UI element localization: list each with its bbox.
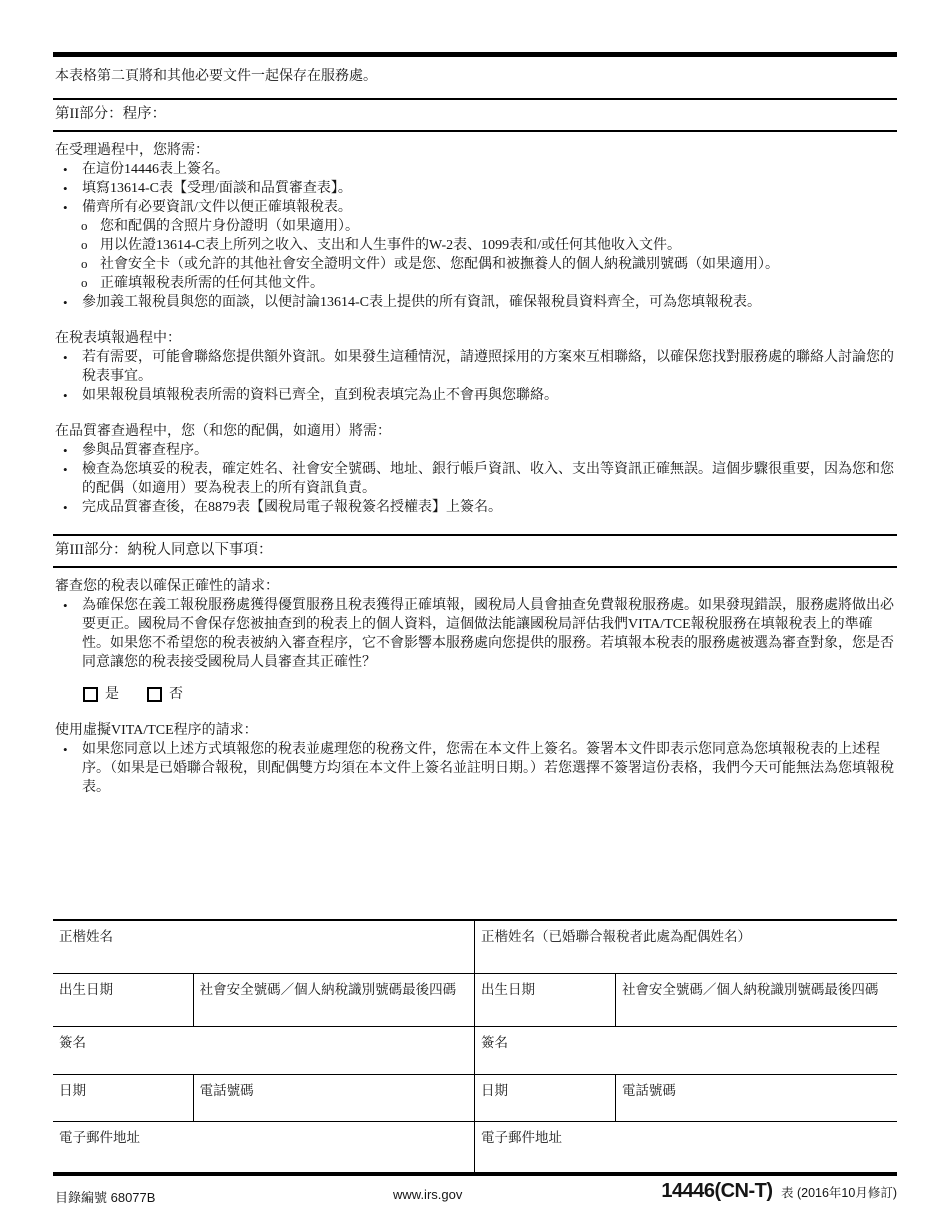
- signature-table: 正楷姓名 出生日期 社會安全號碼／個人納稅識別號碼最後四碼 簽名: [53, 919, 897, 1176]
- sub-bullet-item: 您和配偶的含照片身份證明（如果適用）。: [53, 217, 897, 236]
- spouse-dob-label: 出生日期: [481, 982, 535, 997]
- bullet-item: 參加義工報稅員與您的面談，以便討論13614-C表上提供的所有資訊，確保報稅員資…: [53, 293, 897, 312]
- taxpayer-name-label: 正楷姓名: [59, 929, 113, 944]
- form-revision: 表 (2016年10月修訂): [781, 1186, 897, 1200]
- page-footer: 目錄編號 68077B www.irs.gov 14446(CN-T) 表 (2…: [53, 1180, 897, 1210]
- bullet-item: 如果報稅員填報稅表所需的資料已齊全，直到稅表填完為止不會再與您聯絡。: [53, 386, 897, 405]
- bullet-item: 備齊所有必要資訊/文件以便正確填報稅表。: [53, 198, 897, 217]
- intake-process-block: 在受理過程中，您將需： 在這份14446表上簽名。 填寫13614-C表【受理/…: [53, 141, 897, 312]
- block-heading: 審查您的稅表以確保正確性的請求：: [53, 577, 897, 596]
- consent-checkbox-row: 是 否: [83, 685, 897, 704]
- block-heading: 使用虛擬VITA/TCE程序的請求：: [53, 721, 897, 740]
- spouse-date-label: 日期: [481, 1083, 508, 1098]
- taxpayer-dob-label: 出生日期: [59, 982, 113, 997]
- spouse-email-label: 電子郵件地址: [481, 1130, 562, 1145]
- spouse-phone-field[interactable]: 電話號碼: [616, 1075, 897, 1121]
- return-preparation-block: 在稅表填報過程中： 若有需要，可能會聯絡您提供額外資訊。如果發生這種情況，請遵照…: [53, 329, 897, 405]
- section-2-header: 第II部分：程序：: [53, 98, 897, 132]
- taxpayer-ssn-field[interactable]: 社會安全號碼／個人納稅識別號碼最後四碼: [194, 974, 474, 1026]
- spouse-date-field[interactable]: 日期: [475, 1075, 616, 1121]
- bullet-item: 為確保您在義工報稅服務處獲得優質服務且稅表獲得正確填報，國稅局人員會抽查免費報稅…: [53, 596, 897, 672]
- sub-bullet-item: 用以佐證13614-C表上所列之收入、支出和人生事件的W-2表、1099表和/或…: [53, 236, 897, 255]
- spouse-ssn-field[interactable]: 社會安全號碼／個人納稅識別號碼最後四碼: [616, 974, 897, 1026]
- bullet-item: 完成品質審查後，在8879表【國稅局電子報稅簽名授權表】上簽名。: [53, 498, 897, 517]
- review-yes-checkbox[interactable]: [83, 687, 98, 702]
- bullet-item: 若有需要，可能會聯絡您提供額外資訊。如果發生這種情況，請遵照採用的方案來互相聯絡…: [53, 348, 897, 386]
- block-heading: 在品質審查過程中，您（和您的配偶，如適用）將需：: [53, 422, 897, 441]
- bullet-item: 參與品質審查程序。: [53, 441, 897, 460]
- block-heading: 在稅表填報過程中：: [53, 329, 897, 348]
- bullet-item: 填寫13614-C表【受理/面談和品質審查表】。: [53, 179, 897, 198]
- virtual-process-block: 使用虛擬VITA/TCE程序的請求： 如果您同意以上述方式填報您的稅表並處理您的…: [53, 721, 897, 797]
- bullet-item: 在這份14446表上簽名。: [53, 160, 897, 179]
- bullet-item: 如果您同意以上述方式填報您的稅表並處理您的稅務文件，您需在本文件上簽名。簽署本文…: [53, 740, 897, 797]
- taxpayer-phone-label: 電話號碼: [200, 1083, 254, 1098]
- taxpayer-email-label: 電子郵件地址: [59, 1130, 140, 1145]
- taxpayer-signature-field[interactable]: 簽名: [53, 1027, 474, 1074]
- review-no-label: 否: [169, 685, 183, 704]
- section-3-header: 第III部分：納稅人同意以下事項：: [53, 534, 897, 568]
- intro-paragraph: 本表格第二頁將和其他必要文件一起保存在服務處。: [53, 57, 897, 98]
- spouse-signature-label: 簽名: [481, 1035, 508, 1050]
- taxpayer-phone-field[interactable]: 電話號碼: [194, 1075, 474, 1121]
- form-number: 14446(CN-T): [661, 1180, 772, 1202]
- taxpayer-dob-field[interactable]: 出生日期: [53, 974, 194, 1026]
- sub-bullet-item: 正確填報稅表所需的任何其他文件。: [53, 274, 897, 293]
- bullet-item: 檢查為您填妥的稅表，確定姓名、社會安全號碼、地址、銀行帳戶資訊、收入、支出等資訊…: [53, 460, 897, 498]
- review-yes-label: 是: [105, 685, 119, 704]
- spouse-dob-field[interactable]: 出生日期: [475, 974, 616, 1026]
- taxpayer-email-field[interactable]: 電子郵件地址: [53, 1122, 474, 1172]
- irs-website-link[interactable]: www.irs.gov: [393, 1187, 462, 1202]
- catalog-number: 目錄編號 68077B: [55, 1187, 155, 1206]
- taxpayer-signature-label: 簽名: [59, 1035, 86, 1050]
- quality-review-block: 在品質審查過程中，您（和您的配偶，如適用）將需： 參與品質審查程序。 檢查為您填…: [53, 422, 897, 517]
- spouse-email-field[interactable]: 電子郵件地址: [475, 1122, 897, 1172]
- sub-bullet-item: 社會安全卡（或允許的其他社會安全證明文件）或是您、您配偶和被撫養人的個人納稅識別…: [53, 255, 897, 274]
- spouse-ssn-label: 社會安全號碼／個人納稅識別號碼最後四碼: [622, 982, 879, 997]
- spouse-phone-label: 電話號碼: [622, 1083, 676, 1098]
- taxpayer-ssn-label: 社會安全號碼／個人納稅識別號碼最後四碼: [200, 982, 457, 997]
- review-request-block: 審查您的稅表以確保正確性的請求： 為確保您在義工報稅服務處獲得優質服務且稅表獲得…: [53, 577, 897, 704]
- spouse-signature-column: 正楷姓名（已婚聯合報稅者此處為配偶姓名） 出生日期 社會安全號碼／個人納稅識別號…: [475, 921, 897, 1172]
- taxpayer-name-field[interactable]: 正楷姓名: [53, 921, 474, 973]
- taxpayer-date-field[interactable]: 日期: [53, 1075, 194, 1121]
- block-heading: 在受理過程中，您將需：: [53, 141, 897, 160]
- taxpayer-date-label: 日期: [59, 1083, 86, 1098]
- review-no-checkbox[interactable]: [147, 687, 162, 702]
- taxpayer-signature-column: 正楷姓名 出生日期 社會安全號碼／個人納稅識別號碼最後四碼 簽名: [53, 921, 475, 1172]
- spouse-signature-field[interactable]: 簽名: [475, 1027, 897, 1074]
- form-page: 本表格第二頁將和其他必要文件一起保存在服務處。 第II部分：程序： 在受理過程中…: [0, 0, 950, 1230]
- spouse-name-label: 正楷姓名（已婚聯合報稅者此處為配偶姓名）: [481, 929, 751, 944]
- spouse-name-field[interactable]: 正楷姓名（已婚聯合報稅者此處為配偶姓名）: [475, 921, 897, 973]
